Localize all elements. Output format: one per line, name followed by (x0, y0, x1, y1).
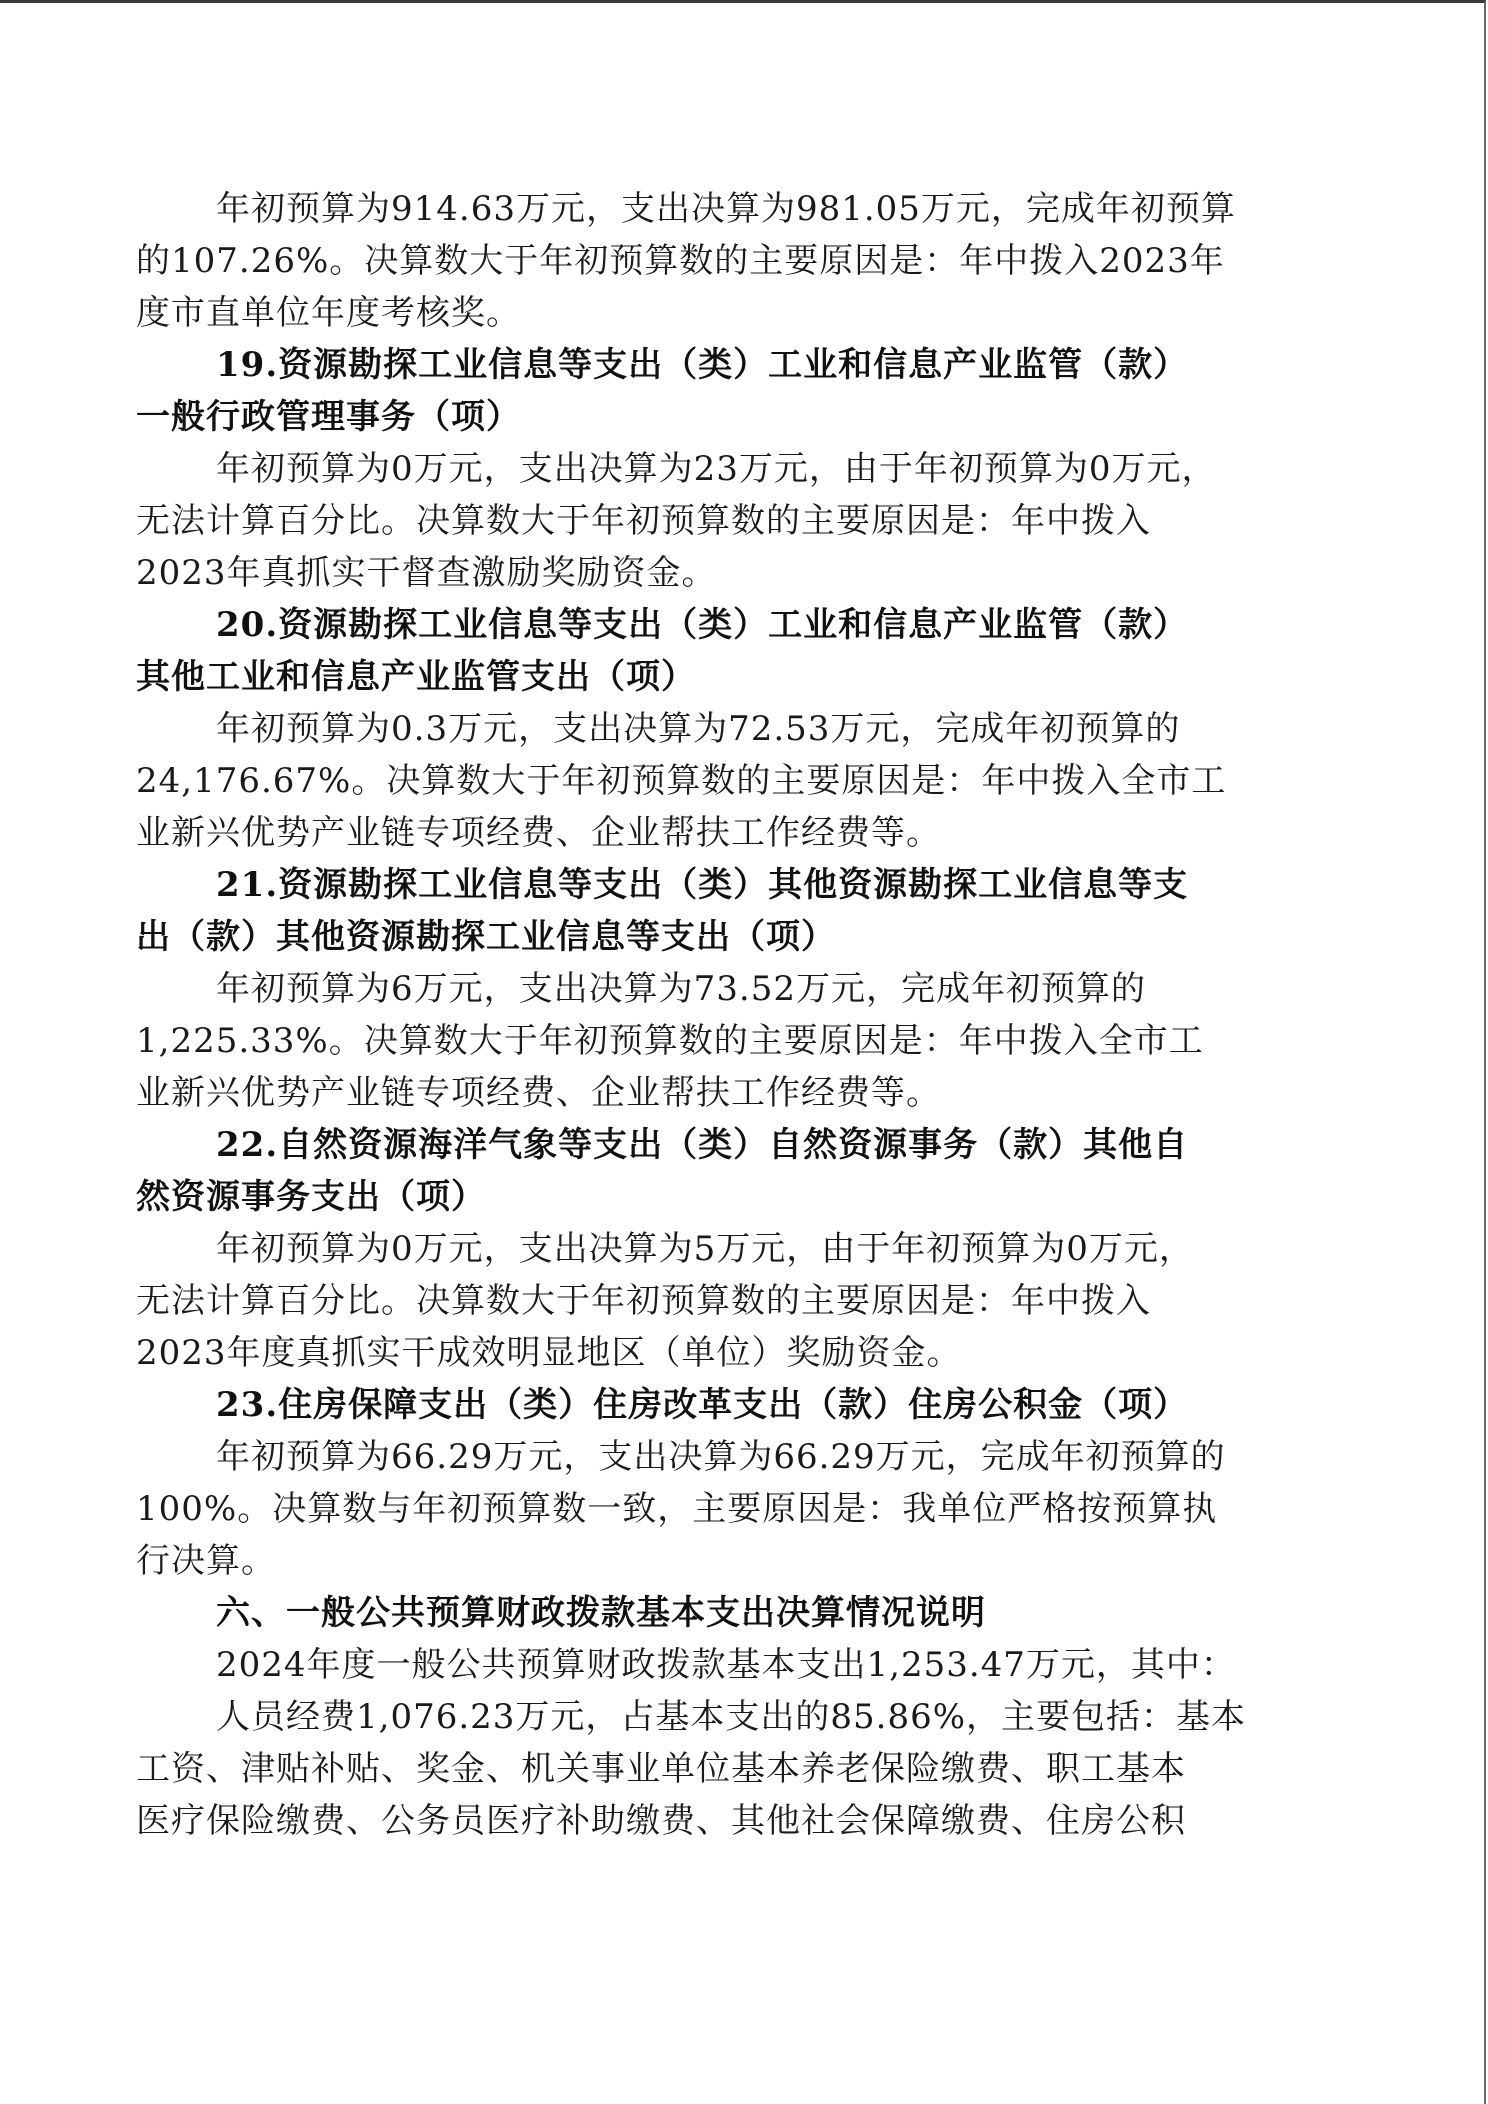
section-heading-20: 20.资源勘探工业信息等支出（类）工业和信息产业监管（款） 其他工业和信息产业监… (136, 599, 1336, 703)
section-heading-21: 21.资源勘探工业信息等支出（类）其他资源勘探工业信息等支 出（款）其他资源勘探… (136, 859, 1336, 963)
text-line: 年初预算为914.63万元，支出决算为981.05万元，完成年初预算 (136, 183, 1336, 235)
paragraph-item-19-text: 年初预算为0万元，支出决算为23万元，由于年初预算为0万元， 无法计算百分比。决… (136, 443, 1336, 599)
heading-line: 其他工业和信息产业监管支出（项） (136, 651, 1336, 703)
text-line: 业新兴优势产业链专项经费、企业帮扶工作经费等。 (136, 807, 1336, 859)
text-line: 医疗保险缴费、公务员医疗补助缴费、其他社会保障缴费、住房公积 (136, 1795, 1336, 1847)
section-heading-19: 19.资源勘探工业信息等支出（类）工业和信息产业监管（款） 一般行政管理事务（项… (136, 339, 1336, 443)
text-line: 年初预算为0万元，支出决算为5万元，由于年初预算为0万元， (136, 1223, 1336, 1275)
text-line: 年初预算为66.29万元，支出决算为66.29万元，完成年初预算的 (136, 1431, 1336, 1483)
paragraph-item-21-text: 年初预算为6万元，支出决算为73.52万元，完成年初预算的 1,225.33%。… (136, 963, 1336, 1119)
paragraph-item-20-text: 年初预算为0.3万元，支出决算为72.53万元，完成年初预算的 24,176.6… (136, 703, 1336, 859)
paragraph-item-23-text: 年初预算为66.29万元，支出决算为66.29万元，完成年初预算的 100%。决… (136, 1431, 1336, 1587)
section-heading-22: 22.自然资源海洋气象等支出（类）自然资源事务（款）其他自 然资源事务支出（项） (136, 1119, 1336, 1223)
text-line: 的107.26%。决算数大于年初预算数的主要原因是：年中拨入2023年 (136, 235, 1336, 287)
text-line: 度市直单位年度考核奖。 (136, 287, 1336, 339)
heading-line: 22.自然资源海洋气象等支出（类）自然资源事务（款）其他自 (136, 1119, 1336, 1171)
paragraph-basic-expenditure-total: 2024年度一般公共预算财政拨款基本支出1,253.47万元，其中： (136, 1639, 1336, 1691)
text-line: 无法计算百分比。决算数大于年初预算数的主要原因是：年中拨入 (136, 495, 1336, 547)
text-line: 2023年真抓实干督查激励奖励资金。 (136, 547, 1336, 599)
heading-line: 20.资源勘探工业信息等支出（类）工业和信息产业监管（款） (136, 599, 1336, 651)
paragraph-item-18-text: 年初预算为914.63万元，支出决算为981.05万元，完成年初预算 的107.… (136, 183, 1336, 339)
section-heading-six: 六、一般公共预算财政拨款基本支出决算情况说明 (136, 1587, 1336, 1639)
text-line: 无法计算百分比。决算数大于年初预算数的主要原因是：年中拨入 (136, 1275, 1336, 1327)
document-body: 年初预算为914.63万元，支出决算为981.05万元，完成年初预算 的107.… (136, 183, 1336, 1847)
heading-line: 21.资源勘探工业信息等支出（类）其他资源勘探工业信息等支 (136, 859, 1336, 911)
heading-line: 23.住房保障支出（类）住房改革支出（款）住房公积金（项） (136, 1379, 1336, 1431)
paragraph-personnel-expenses: 人员经费1,076.23万元，占基本支出的85.86%，主要包括：基本 工资、津… (136, 1691, 1336, 1847)
text-line: 行决算。 (136, 1535, 1336, 1587)
section-heading-23: 23.住房保障支出（类）住房改革支出（款）住房公积金（项） (136, 1379, 1336, 1431)
heading-line: 六、一般公共预算财政拨款基本支出决算情况说明 (136, 1587, 1336, 1639)
text-line: 年初预算为0万元，支出决算为23万元，由于年初预算为0万元， (136, 443, 1336, 495)
text-line: 1,225.33%。决算数大于年初预算数的主要原因是：年中拨入全市工 (136, 1015, 1336, 1067)
heading-line: 一般行政管理事务（项） (136, 391, 1336, 443)
text-line: 业新兴优势产业链专项经费、企业帮扶工作经费等。 (136, 1067, 1336, 1119)
text-line: 24,176.67%。决算数大于年初预算数的主要原因是：年中拨入全市工 (136, 755, 1336, 807)
heading-line: 出（款）其他资源勘探工业信息等支出（项） (136, 911, 1336, 963)
document-page: 年初预算为914.63万元，支出决算为981.05万元，完成年初预算 的107.… (0, 0, 1486, 2104)
heading-line: 19.资源勘探工业信息等支出（类）工业和信息产业监管（款） (136, 339, 1336, 391)
paragraph-item-22-text: 年初预算为0万元，支出决算为5万元，由于年初预算为0万元， 无法计算百分比。决算… (136, 1223, 1336, 1379)
heading-line: 然资源事务支出（项） (136, 1171, 1336, 1223)
text-line: 100%。决算数与年初预算数一致，主要原因是：我单位严格按预算执 (136, 1483, 1336, 1535)
text-line: 2023年度真抓实干成效明显地区（单位）奖励资金。 (136, 1327, 1336, 1379)
text-line: 年初预算为0.3万元，支出决算为72.53万元，完成年初预算的 (136, 703, 1336, 755)
text-line: 人员经费1,076.23万元，占基本支出的85.86%，主要包括：基本 (136, 1691, 1336, 1743)
text-line: 2024年度一般公共预算财政拨款基本支出1,253.47万元，其中： (136, 1639, 1336, 1691)
text-line: 工资、津贴补贴、奖金、机关事业单位基本养老保险缴费、职工基本 (136, 1743, 1336, 1795)
text-line: 年初预算为6万元，支出决算为73.52万元，完成年初预算的 (136, 963, 1336, 1015)
